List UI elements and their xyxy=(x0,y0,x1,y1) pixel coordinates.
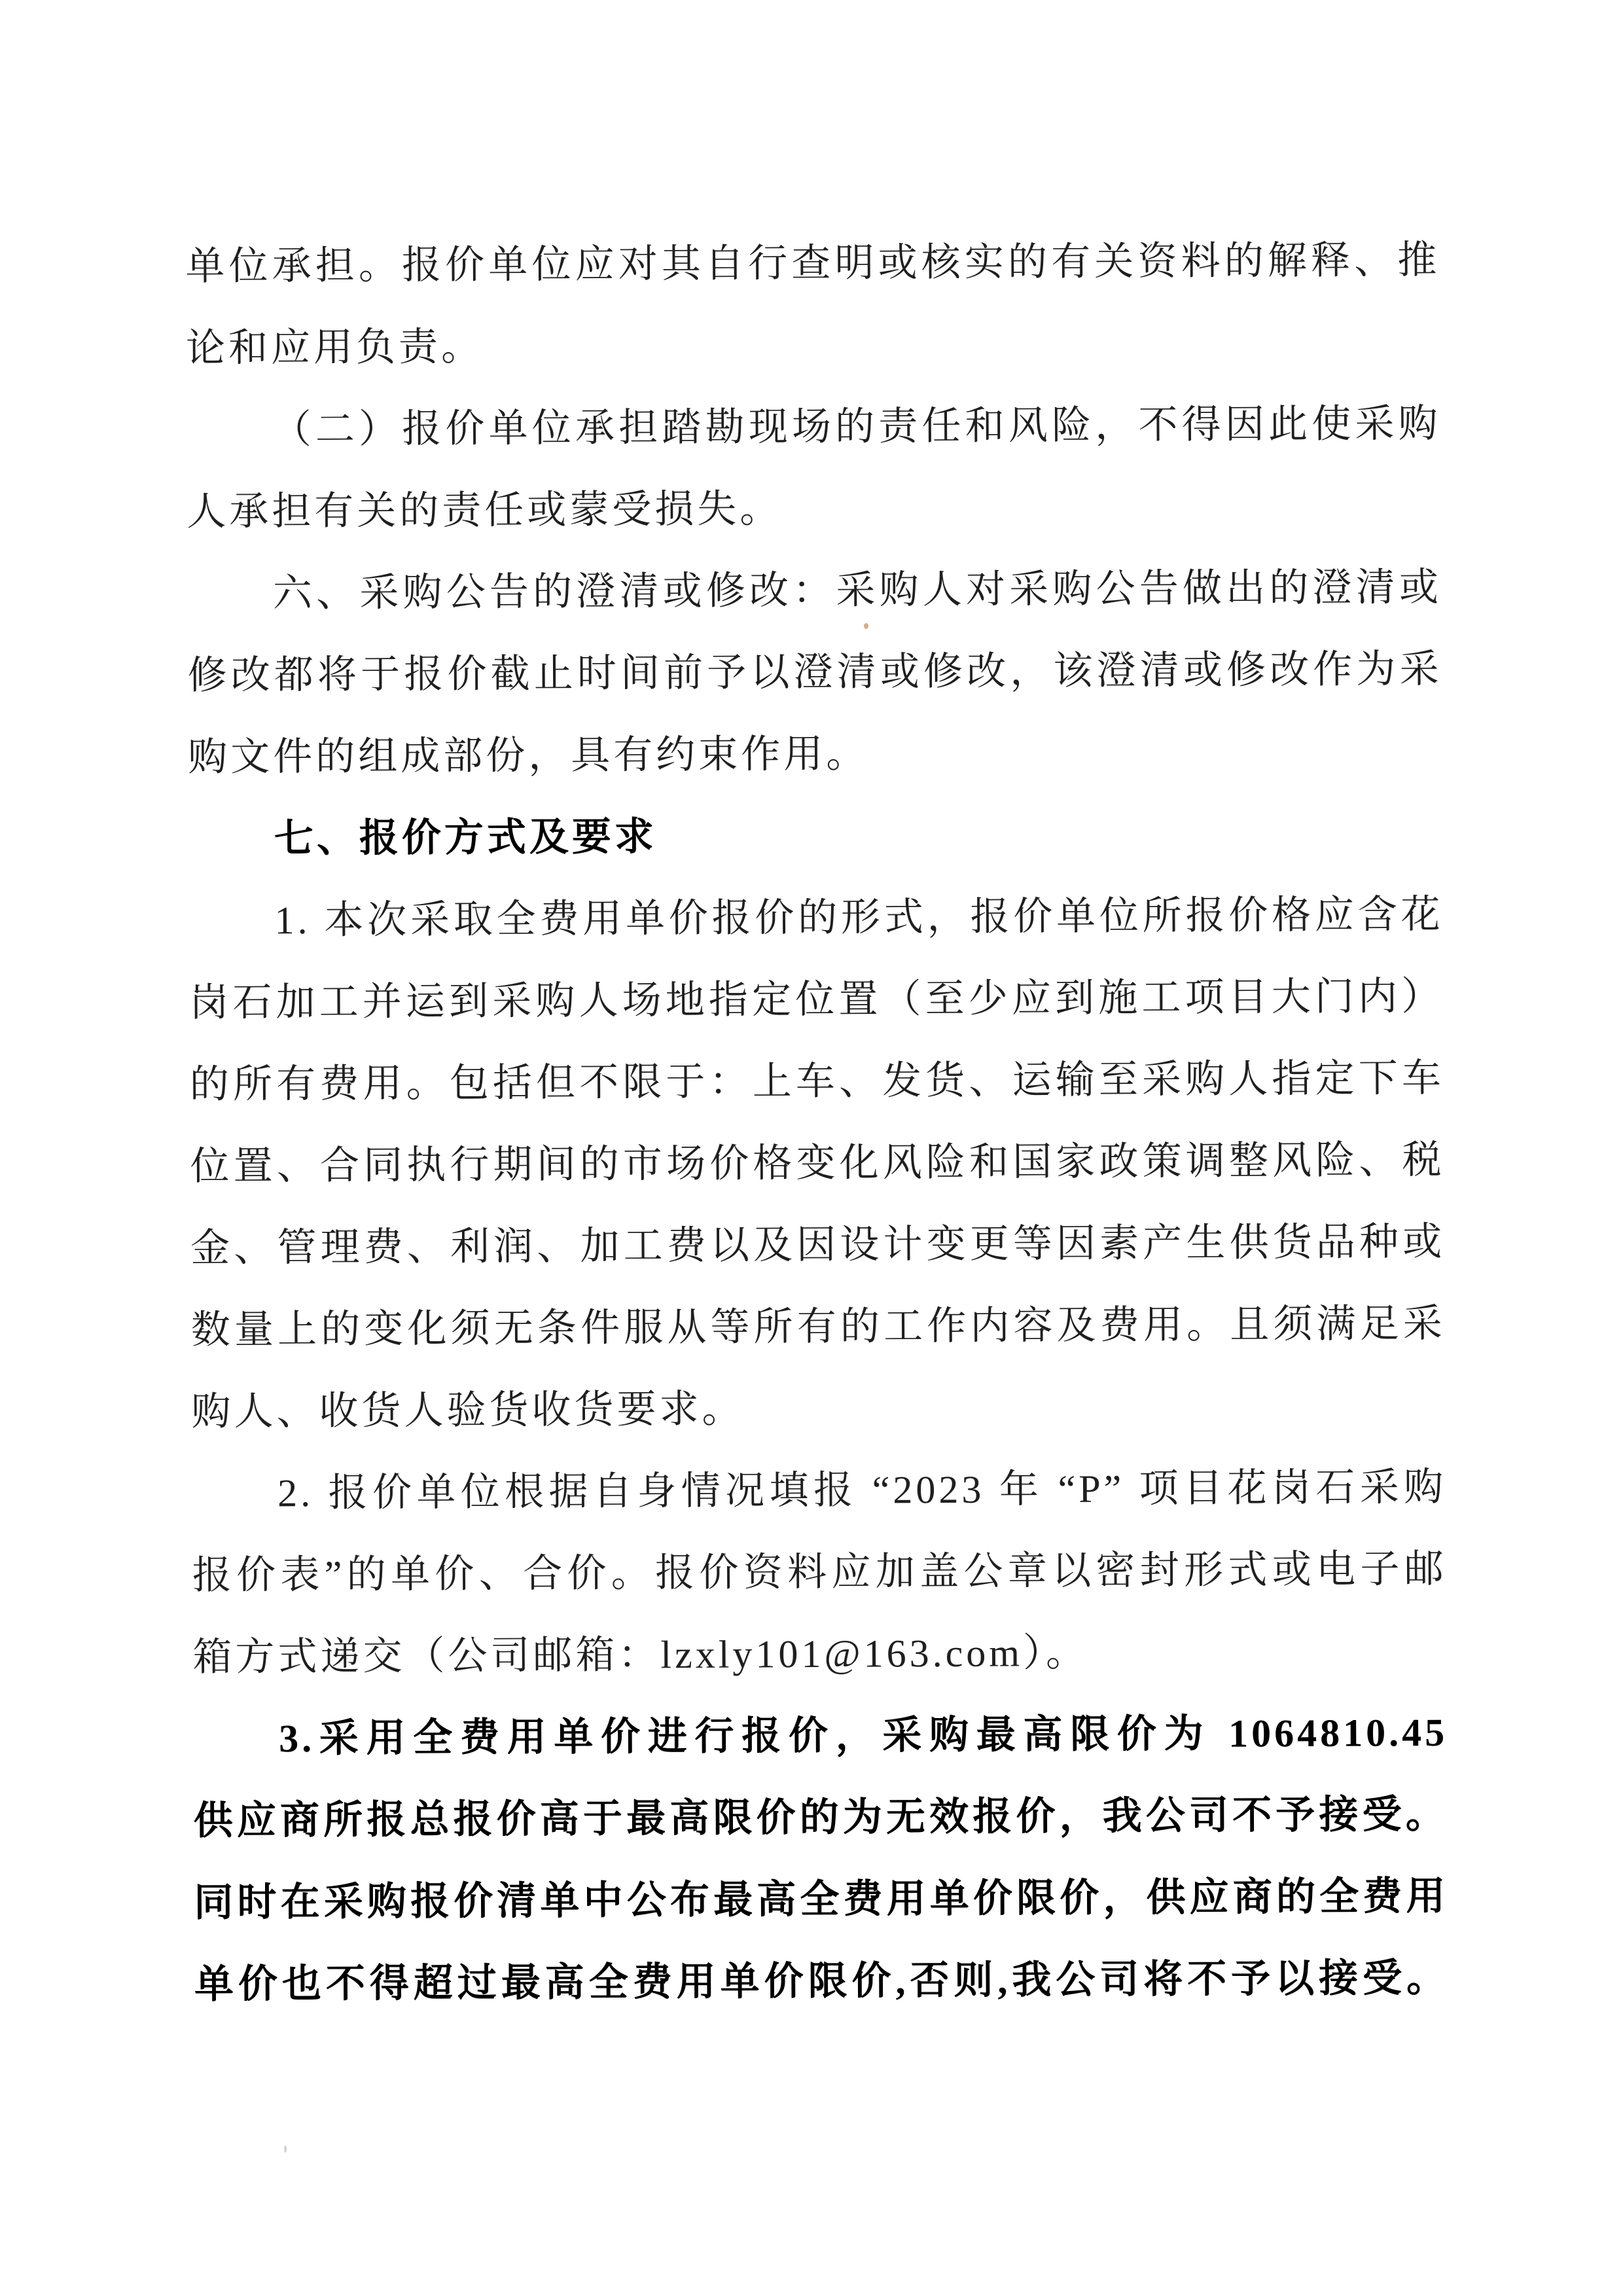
text-line: 的所有费用。包括但不限于：上车、发货、运输至采购人指定下车 xyxy=(190,1037,1445,1126)
text-line: 位置、合同执行期间的市场价格变化风险和国家政策调整风险、税 xyxy=(190,1119,1445,1208)
text-line: 单价也不得超过最高全费用单价限价,否则,我公司将不予以接受。 xyxy=(194,1937,1450,2026)
text-line: 金、管理费、利润、加工费以及因设计变更等因素产生供货品种或 xyxy=(190,1201,1446,1289)
text-line: 供应商所报总报价高于最高限价的为无效报价，我公司不予接受。 xyxy=(193,1774,1448,1862)
text-line: 人承担有关的责任或蒙受损失。 xyxy=(187,465,1442,553)
text-line: 数量上的变化须无条件服从等所有的工作内容及费用。且须满足采 xyxy=(191,1283,1446,1371)
text-line: 论和应用负责。 xyxy=(186,301,1441,389)
text-line: 同时在采购报价清单中公布最高全费用单价限价，供应商的全费用 xyxy=(194,1856,1449,1944)
text-line: 报价表”的单价、合价。报价资料应加盖公章以密封形式或电子邮 xyxy=(192,1528,1447,1617)
text-line: 1. 本次采取全费用单价报价的形式，报价单位所报价格应含花 xyxy=(188,874,1444,962)
document-page: 单位承担。报价单位应对其自行查明或核实的有关资料的解释、推论和应用负责。（二）报… xyxy=(0,0,1623,2296)
text-line: 修改都将于报价截止时间前予以澄清或修改，该澄清或修改作为采 xyxy=(187,628,1442,717)
text-line: 3.采用全费用单价进行报价，采购最高限价为 1064810.45 元。 xyxy=(193,1692,1448,1780)
text-line: 购文件的组成部份，具有约束作用。 xyxy=(188,710,1443,798)
text-line: 岗石加工并运到采购人场地指定位置（至少应到施工项目大门内） xyxy=(189,956,1444,1044)
document-body: 单位承担。报价单位应对其自行查明或核实的有关资料的解释、推论和应用负责。（二）报… xyxy=(185,219,1449,2026)
text-line: 箱方式递交（公司邮箱：lzxly101@163.com）。 xyxy=(192,1610,1448,1698)
text-line: （二）报价单位承担踏勘现场的责任和风险，不得因此使采购 xyxy=(186,383,1441,471)
text-line: 七、报价方式及要求 xyxy=(188,792,1444,880)
text-line: 六、采购公告的澄清或修改：采购人对采购公告做出的澄清或 xyxy=(187,547,1442,635)
text-line: 2. 报价单位根据自身情况填报 “2023 年 “P” 项目花岗石采购 xyxy=(192,1446,1447,1535)
text-line: 购人、收货人验货收货要求。 xyxy=(191,1365,1446,1453)
scan-artifact xyxy=(864,623,868,629)
scan-artifact xyxy=(284,2145,287,2153)
text-line: 单位承担。报价单位应对其自行查明或核实的有关资料的解释、推 xyxy=(185,219,1440,308)
